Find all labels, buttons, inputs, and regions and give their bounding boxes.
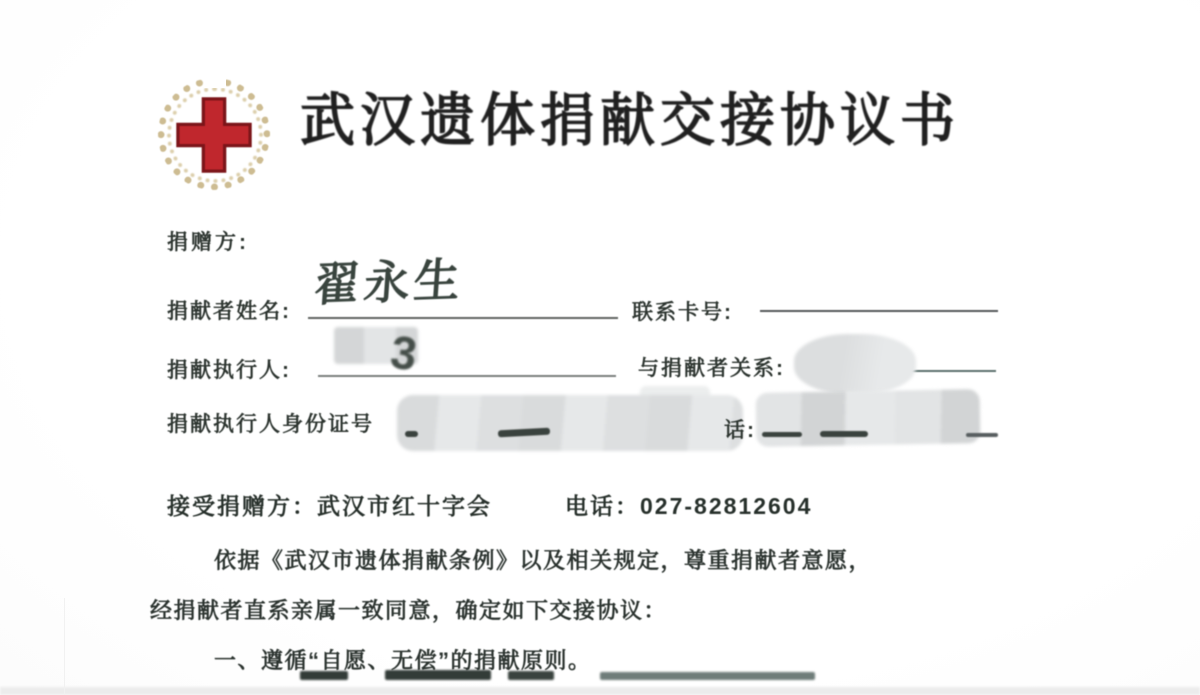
cutoff-text-fragment — [385, 670, 491, 680]
executor-phone-redaction-box — [756, 389, 981, 447]
paper-edge-line — [64, 598, 65, 695]
relation-label: 与捐献者关系: — [638, 352, 785, 382]
red-cross-icon — [173, 93, 255, 177]
document-page: 武汉遗体捐献交接协议书 捐赠方: 捐献者姓名: 翟永生 联系卡号: 捐献执行人:… — [0, 0, 1200, 695]
donor-party-heading: 捐赠方: — [167, 226, 249, 256]
red-cross-emblem — [158, 78, 270, 190]
receiver-line: 接受捐赠方：武汉市红十字会 — [167, 488, 492, 521]
page-bottom-shadow — [0, 687, 1200, 695]
cutoff-text-fragment — [508, 671, 554, 680]
wreath-top-gap — [204, 72, 226, 88]
phone-partial-label: 话: — [724, 414, 756, 444]
receiver-phone-line: 电话：027-82812604 — [565, 488, 812, 521]
document-title: 武汉遗体捐献交接协议书 — [300, 74, 960, 156]
receiver-phone-number: 027-82812604 — [640, 493, 812, 519]
cutoff-text-fragment — [300, 671, 348, 680]
executor-field-line — [318, 375, 616, 377]
donor-name-label: 捐献者姓名: — [167, 295, 291, 325]
contact-card-field-line — [760, 310, 998, 312]
executor-id-redaction-box — [397, 395, 743, 451]
receiver-phone-label: 电话： — [565, 493, 640, 519]
agreement-paragraph-line-2: 经捐献者直系亲属一致同意，确定如下交接协议： — [150, 594, 667, 625]
donor-name-handwritten-value: 翟永生 — [312, 243, 467, 314]
donor-name-field-line — [308, 317, 618, 319]
ink-fragment — [405, 431, 418, 437]
ink-fragment — [762, 432, 802, 437]
ink-fragment — [966, 433, 998, 437]
ink-fragment — [820, 431, 868, 437]
executor-id-label: 捐献执行人身份证号 — [167, 408, 374, 438]
relation-value-redaction-box — [794, 334, 916, 394]
agreement-paragraph-line-1: 依据《武汉市遗体捐献条例》以及相关规定，尊重捐献者意愿， — [214, 544, 872, 575]
executor-label: 捐献执行人: — [167, 354, 291, 384]
receiver-name: 武汉市红十字会 — [317, 493, 492, 519]
cutoff-text-fragment — [600, 672, 815, 680]
contact-card-label: 联系卡号: — [632, 296, 733, 326]
receiver-label: 接受捐赠方： — [167, 493, 317, 519]
